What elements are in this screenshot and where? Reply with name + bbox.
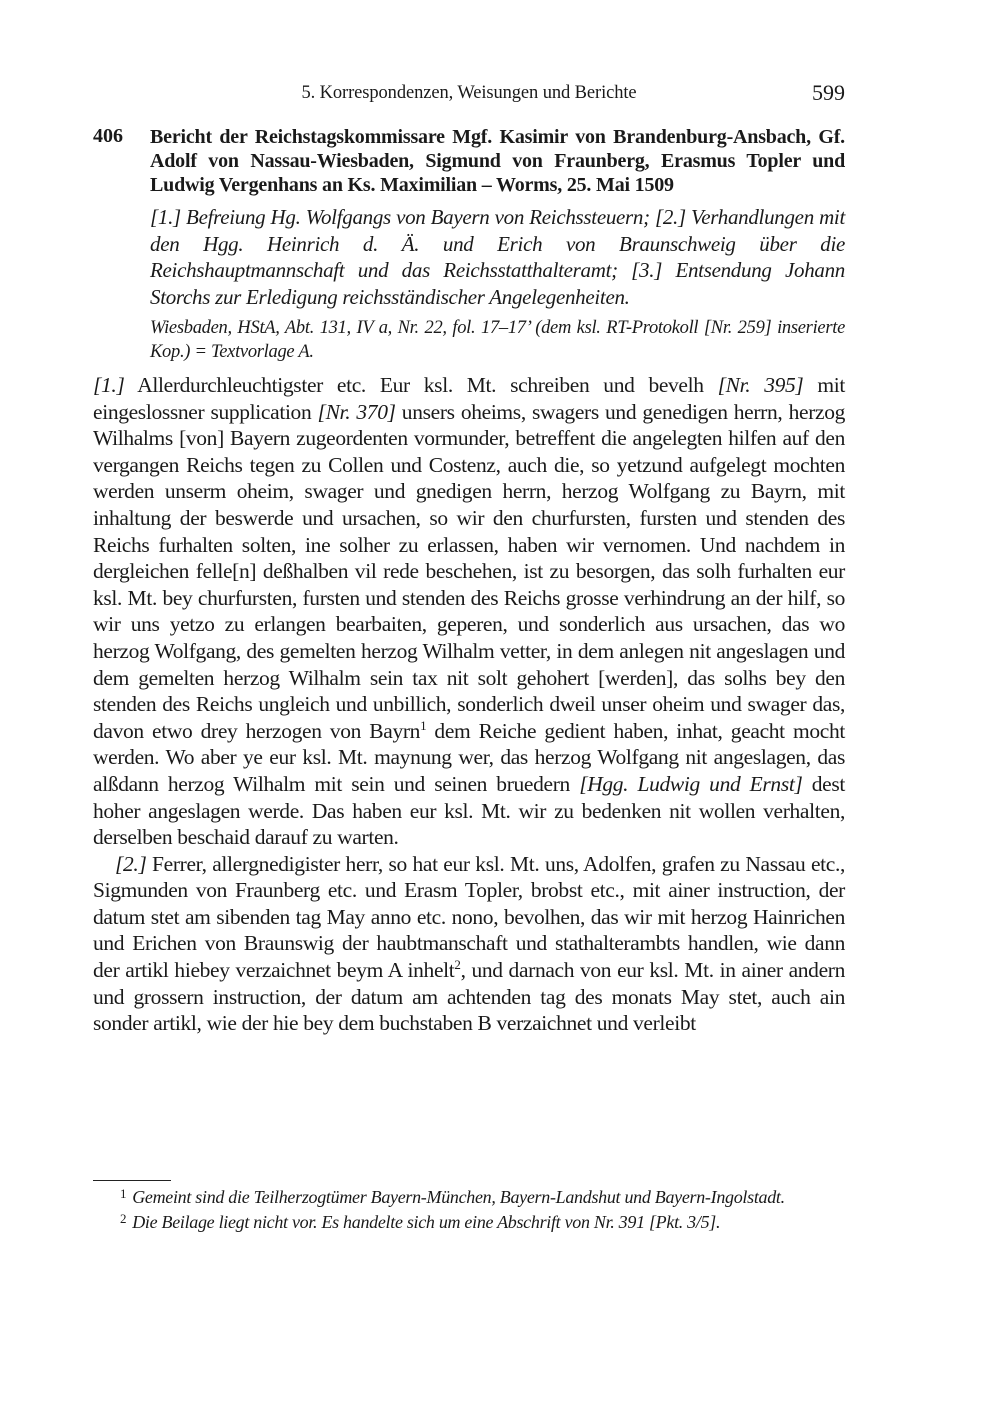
footnote-text: Die Beilage liegt nicht vor. Es handelte…: [132, 1212, 720, 1232]
footnote-mark: 1: [120, 1186, 126, 1201]
running-head: 5. Korrespondenzen, Weisungen und Berich…: [93, 80, 845, 110]
section-label: [2.]: [115, 852, 146, 876]
page-number: 599: [812, 80, 845, 106]
footnote-rule: [93, 1180, 171, 1181]
document-number: 406: [93, 125, 123, 148]
editorial-reference: [Nr. 395]: [718, 373, 804, 397]
source-note: Wiesbaden, HStA, Abt. 131, IV a, Nr. 22,…: [150, 316, 845, 364]
paragraph-1: [1.] Allerdurchleuchtigster etc. Eur ksl…: [93, 372, 845, 851]
paragraph-2: [2.] Ferrer, allergnedigister herr, so h…: [93, 851, 845, 1037]
body-text: [1.] Allerdurchleuchtigster etc. Eur ksl…: [93, 372, 845, 1037]
footnote-text: Gemeint sind die Teilherzogtümer Bayern-…: [132, 1187, 785, 1207]
document-title: Bericht der Reichstagskommissare Mgf. Ka…: [150, 125, 845, 197]
text-run: unsers oheims, swagers und genedigen her…: [93, 400, 845, 743]
document-regest: [1.] Befreiung Hg. Wolfgangs von Bayern …: [150, 204, 845, 310]
footnote-1: 1Gemeint sind die Teilherzogtümer Bayern…: [93, 1183, 845, 1208]
text-run: Allerdurchleuchtigster etc. Eur ksl. Mt.…: [124, 373, 717, 397]
document-heading: 406 Bericht der Reichstagskommissare Mgf…: [93, 125, 845, 197]
section-label: [1.]: [93, 373, 124, 397]
editorial-reference: [Nr. 370]: [318, 400, 396, 424]
running-title: 5. Korrespondenzen, Weisungen und Berich…: [93, 83, 845, 104]
footnote-mark: 2: [120, 1211, 126, 1226]
footnote-2: 2Die Beilage liegt nicht vor. Es handelt…: [93, 1208, 845, 1233]
footnotes: 1Gemeint sind die Teilherzogtümer Bayern…: [93, 1183, 845, 1233]
editorial-reference: [Hgg. Ludwig und Ernst]: [579, 772, 802, 796]
